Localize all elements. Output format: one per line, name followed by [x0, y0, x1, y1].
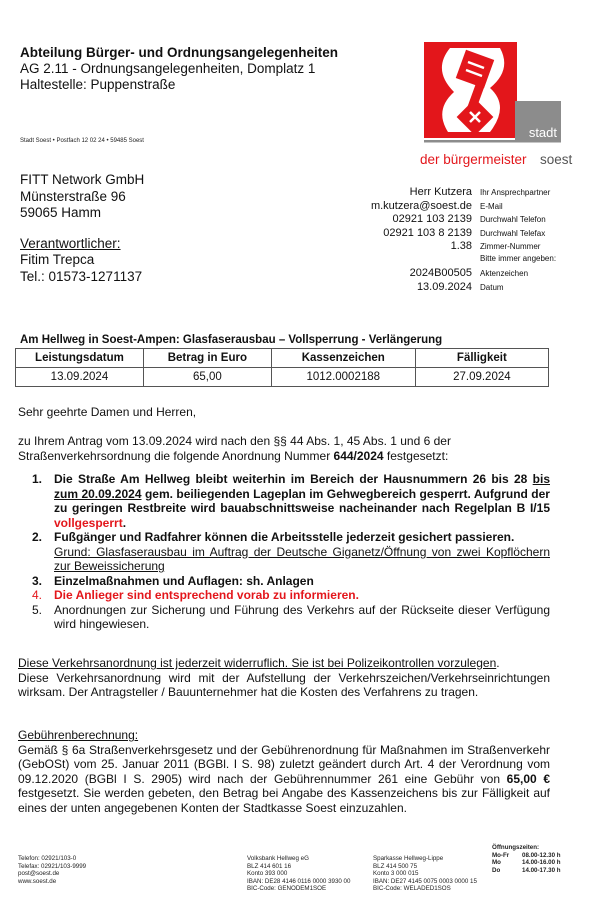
responsible-label: Verantwortlicher:: [20, 236, 144, 253]
unit-name: AG 2.11 - Ordnungsangelegenheiten, Dompl…: [20, 61, 338, 77]
list-item: 1. Die Straße Am Hellweg bleibt weiterhi…: [32, 472, 550, 530]
list-item: 3. Einzelmaßnahmen und Auflagen: sh. Anl…: [32, 574, 550, 589]
footer-website[interactable]: www.soest.de: [18, 878, 86, 886]
soest-key-icon: stadt der bürgermeister soest: [420, 40, 578, 170]
fee-table: Leistungsdatum Betrag in Euro Kassenzeic…: [15, 348, 549, 387]
bus-stop: Haltestelle: Puppenstraße: [20, 77, 338, 93]
svg-text:soest: soest: [540, 152, 573, 167]
department-header: Abteilung Bürger- und Ordnungsangelegenh…: [20, 45, 338, 93]
intro-paragraph: zu Ihrem Antrag vom 13.09.2024 wird nach…: [18, 434, 451, 463]
contact-row: Bitte immer angeben:: [300, 254, 600, 268]
recipient-company: FITT Network GmbH: [20, 172, 144, 189]
sender-line: Stadt Soest • Postfach 12 02 24 • 59485 …: [20, 138, 144, 144]
responsible-phone: Tel.: 01573-1271137: [20, 269, 144, 286]
contact-block: Herr KutzeraIhr Ansprechpartner m.kutzer…: [300, 186, 600, 294]
list-item: 5. Anordnungen zur Sicherung und Führung…: [32, 603, 550, 632]
opening-hours: Öffnungszeiten: Mo-Fr08.00-12.30 h Mo14.…: [492, 844, 561, 874]
svg-text:stadt: stadt: [529, 125, 558, 140]
fee-paragraph: Gebührenberechnung: Gemäß § 6a Straßenve…: [18, 728, 550, 815]
footer-contact: Telefon: 02921/103-0 Telefax: 02921/103-…: [18, 855, 86, 885]
fee-heading: Gebührenberechnung:: [18, 728, 550, 743]
table-header-row: Leistungsdatum Betrag in Euro Kassenzeic…: [16, 349, 549, 368]
salutation: Sehr geehrte Damen und Herren,: [18, 405, 196, 420]
contact-row: m.kutzera@soest.deE-Mail: [300, 200, 600, 214]
svg-text:der bürgermeister: der bürgermeister: [420, 152, 527, 167]
department-name: Abteilung Bürger- und Ordnungsangelegenh…: [20, 45, 338, 61]
responsible-name: Fitim Trepca: [20, 252, 144, 269]
recipient-city: 59065 Hamm: [20, 205, 144, 222]
recipient-address: FITT Network GmbH Münsterstraße 96 59065…: [20, 172, 144, 285]
footer-bank-sparkasse: Sparkasse Hellweg-Lippe BLZ 414 500 75 K…: [373, 855, 477, 893]
recipient-street: Münsterstraße 96: [20, 189, 144, 206]
contact-row: 02921 103 2139Durchwahl Telefon: [300, 213, 600, 227]
order-number: 644/2024: [334, 449, 384, 463]
contact-row: 2024B00505Aktenzeichen: [300, 267, 600, 281]
fee-amount: 65,00 €: [507, 772, 550, 786]
subject-line: Am Hellweg in Soest-Ampen: Glasfaserausb…: [20, 334, 442, 346]
contact-row: 1.38Zimmer-Nummer: [300, 240, 600, 254]
city-logo: stadt der bürgermeister soest: [420, 40, 578, 170]
contact-row: Herr KutzeraIhr Ansprechpartner: [300, 186, 600, 200]
footer-bank-volksbank: Volksbank Hellweg eG BLZ 414 601 16 Kont…: [247, 855, 350, 893]
contact-email[interactable]: m.kutzera@soest.de: [300, 200, 480, 212]
validity-paragraph: Diese Verkehrsanordnung ist jederzeit wi…: [18, 656, 550, 700]
contact-row: 13.09.2024Datum: [300, 281, 600, 295]
footer-email[interactable]: post@soest.de: [18, 870, 86, 878]
order-list: 1. Die Straße Am Hellweg bleibt weiterhi…: [32, 472, 550, 632]
contact-row: 02921 103 8 2139Durchwahl Telefax: [300, 227, 600, 241]
list-item: 2. Fußgänger und Radfahrer können die Ar…: [32, 530, 550, 574]
table-row: 13.09.2024 65,00 1012.0002188 27.09.2024: [16, 368, 549, 387]
list-item: 4. Die Anlieger sind entsprechend vorab …: [32, 588, 550, 603]
